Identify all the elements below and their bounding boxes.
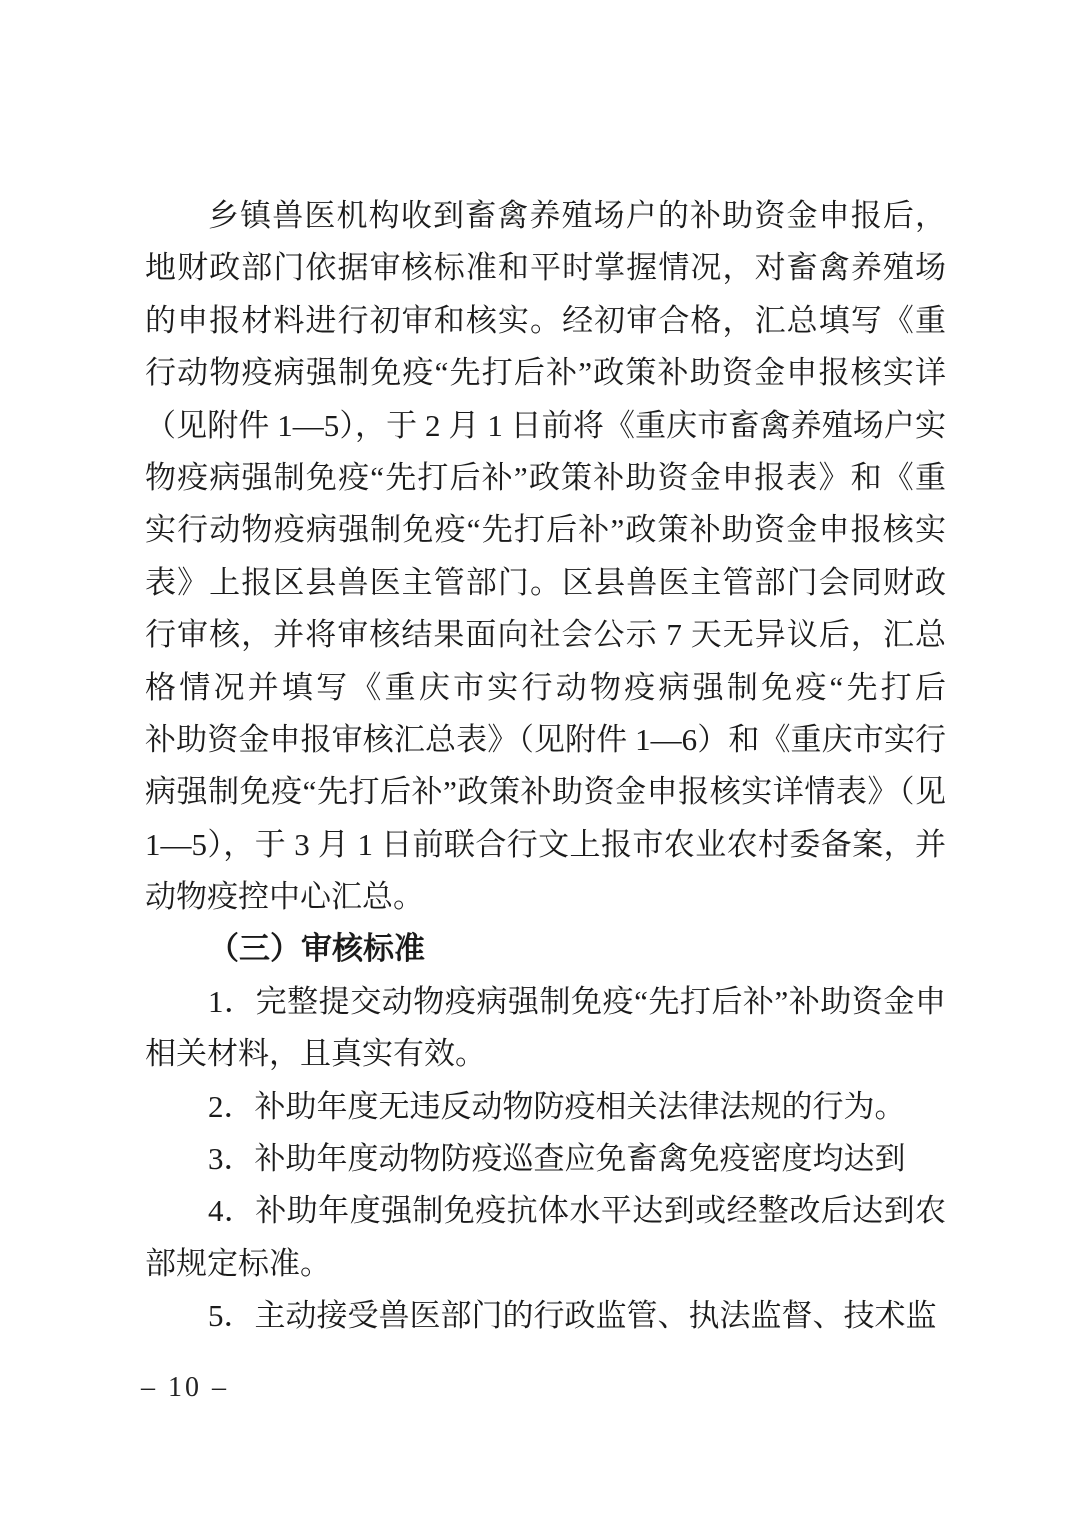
body-line: 2．补助年度无违反动物防疫相关法律法规的行为。 bbox=[145, 1081, 946, 1133]
body-line: （见附件 1—5），于 2 月 1 日前将《重庆市畜禽养殖场户实行动 bbox=[145, 400, 946, 452]
body-line: 部规定标准。 bbox=[145, 1238, 946, 1290]
body-line: 1．完整提交动物疫病强制免疫“先打后补”补助资金申报的 bbox=[145, 976, 946, 1028]
body-line: 相关材料，且真实有效。 bbox=[145, 1028, 946, 1080]
body-line: 补助资金申报审核汇总表》（见附件 1—6）和《重庆市实行动物疫 bbox=[145, 714, 946, 766]
body-line: 乡镇兽医机构收到畜禽养殖场户的补助资金申报后，会同当 bbox=[145, 190, 946, 242]
body-line: 行审核，并将审核结果面向社会公示 7 天无异议后，汇总审核合 bbox=[145, 609, 946, 661]
body-line: 动物疫控中心汇总。 bbox=[145, 871, 946, 923]
body-line: 物疫病强制免疫“先打后补”政策补助资金申报表》和《重庆市 bbox=[145, 452, 946, 504]
body-line: 的申报材料进行初审和核实。经初审合格，汇总填写《重庆市实 bbox=[145, 295, 946, 347]
body-line: 病强制免疫“先打后补”政策补助资金申报核实详情表》（见附件 bbox=[145, 766, 946, 818]
page-number: – 10 – bbox=[141, 1362, 229, 1414]
body-line: 格情况并填写《重庆市实行动物疫病强制免疫“先打后补”政策 bbox=[145, 662, 946, 714]
body-line: 行动物疫病强制免疫“先打后补”政策补助资金申报核实详情表》 bbox=[145, 347, 946, 399]
body-line: 4．补助年度强制免疫抗体水平达到或经整改后达到农业农村 bbox=[145, 1185, 946, 1237]
body-line: 3．补助年度动物防疫巡查应免畜禽免疫密度均达到 100%。 bbox=[145, 1133, 946, 1185]
body-line: 实行动物疫病强制免疫“先打后补”政策补助资金申报核实详情 bbox=[145, 504, 946, 556]
body-line: 地财政部门依据审核标准和平时掌握情况，对畜禽养殖场户提交 bbox=[145, 242, 946, 294]
section-heading: （三）审核标准 bbox=[145, 923, 946, 975]
body-line: 1—5），于 3 月 1 日前联合行文上报市农业农村委备案，并抄送市 bbox=[145, 819, 946, 871]
body-line: 表》上报区县兽医主管部门。区县兽医主管部门会同财政部门进 bbox=[145, 557, 946, 609]
document-body: 乡镇兽医机构收到畜禽养殖场户的补助资金申报后，会同当 地财政部门依据审核标准和平… bbox=[145, 190, 946, 1343]
document-page: 乡镇兽医机构收到畜禽养殖场户的补助资金申报后，会同当 地财政部门依据审核标准和平… bbox=[0, 0, 1074, 1520]
body-line: 5．主动接受兽医部门的行政监管、执法监督、技术监测。 bbox=[145, 1290, 946, 1342]
